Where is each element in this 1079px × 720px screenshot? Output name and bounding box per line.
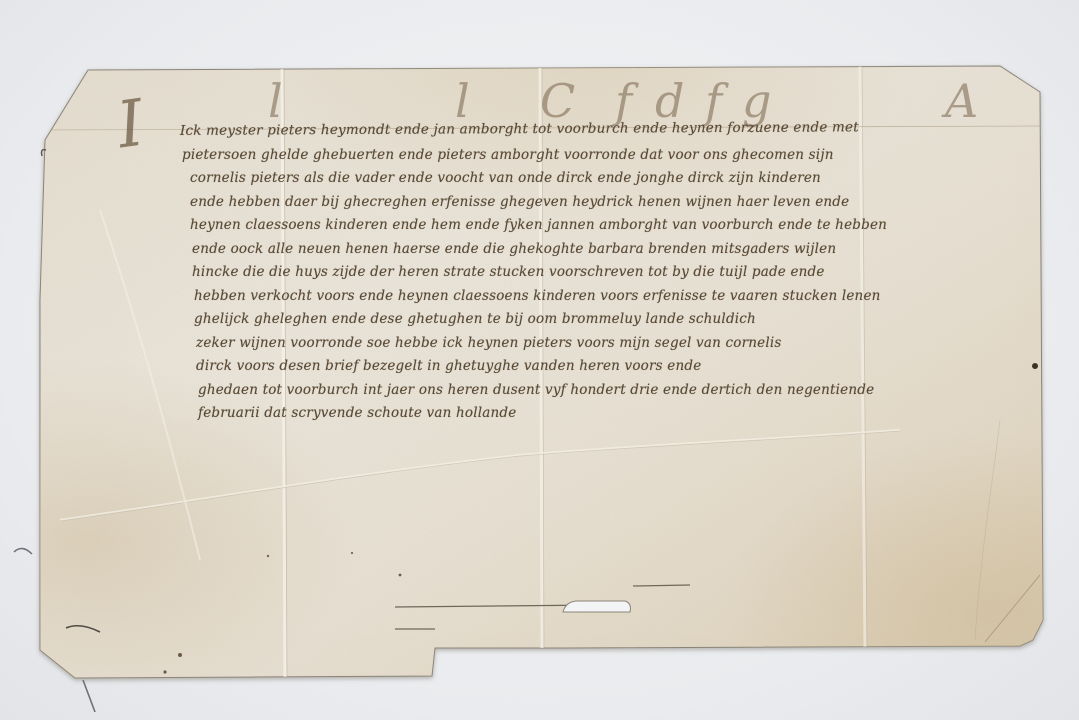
parchment-document: I l l C f d f g A Ick meyster pieters he… xyxy=(0,0,1079,720)
text-line: hebben verkocht voors ende heynen claess… xyxy=(150,285,1030,309)
text-line: dirck voors desen brief bezegelt in ghet… xyxy=(150,355,1030,379)
text-line: ghedaen tot voorburch int jaer ons heren… xyxy=(150,379,1030,403)
text-line: zeker wijnen voorronde soe hebbe ick hey… xyxy=(150,332,1030,356)
text-line: februarii dat scryvende schoute van holl… xyxy=(150,402,1030,426)
text-line: hincke die die huys zijde der heren stra… xyxy=(150,261,1030,285)
text-line: ende hebben daer bij ghecreghen erfeniss… xyxy=(150,191,1030,215)
cutout-hole xyxy=(563,601,630,612)
string-left-middle xyxy=(14,548,32,554)
text-line: heynen claessoens kinderen ende hem ende… xyxy=(150,214,1030,238)
text-line: pietersoen ghelde ghebuerten ende pieter… xyxy=(150,144,1030,168)
manuscript-text: Ick meyster pieters heymondt ende jan am… xyxy=(150,120,1030,426)
text-line: cornelis pieters als die vader ende vooc… xyxy=(150,167,1030,191)
text-line: Ick meyster pieters heymondt ende jan am… xyxy=(150,115,1030,143)
string-bottom-left xyxy=(83,680,95,712)
text-line: ende oock alle neuen henen haerse ende d… xyxy=(150,238,1030,262)
text-line: ghelijck gheleghen ende dese ghetughen t… xyxy=(150,308,1030,332)
